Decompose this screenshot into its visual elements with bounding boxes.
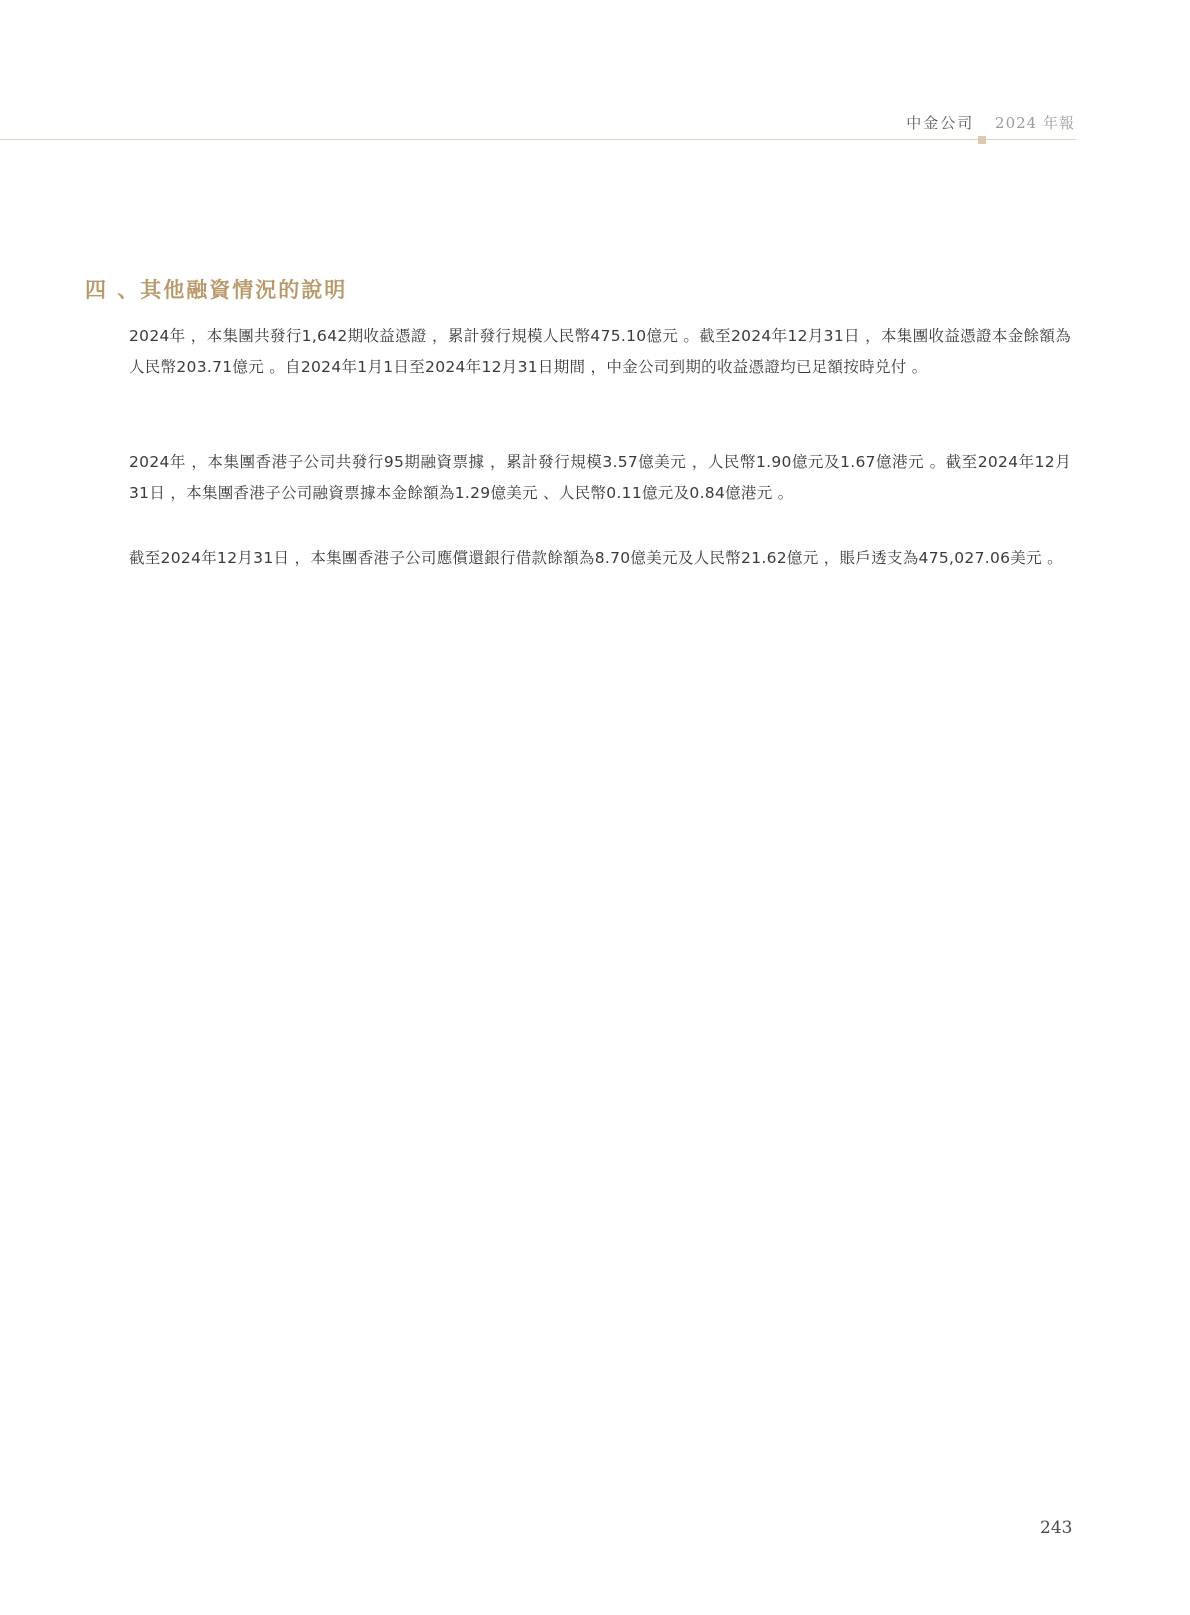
- header-divider: [0, 139, 1076, 140]
- paragraph-hk-bank-borrowings: 截至2024年12月31日 ，本集團香港子公司應償還銀行借款餘額為8.70億美元…: [129, 543, 1071, 574]
- header-divider-marker-icon: [978, 136, 986, 144]
- header-report-title: 2024 年報: [995, 114, 1075, 132]
- paragraph-hk-financing-notes: 2024年 ，本集團香港子公司共發行95期融資票據 ，累計發行規模3.57億美元…: [129, 447, 1071, 509]
- section-title: 四 、其他融資情況的說明: [85, 274, 347, 304]
- header-company-name: 中金公司: [906, 114, 974, 132]
- page-number: 243: [1040, 1518, 1072, 1538]
- running-header: 中金公司 2024 年報: [906, 112, 1075, 133]
- paragraph-income-certificates: 2024年 ，本集團共發行1,642期收益憑證 ，累計發行規模人民幣475.10…: [129, 321, 1071, 383]
